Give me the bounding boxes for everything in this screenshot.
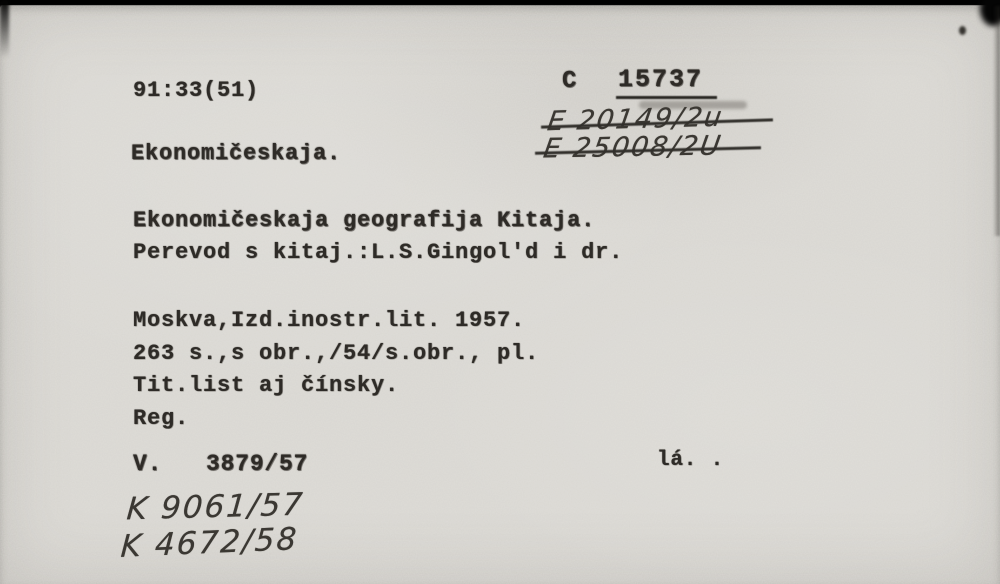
cataloguer-initials: lá. . [657,449,724,472]
catalog-card: 91:33(51) Ekonomičeskaja. C 15737 E 2014… [0,5,1000,584]
call-number-underline [616,96,717,99]
scan-frame: 91:33(51) Ekonomičeskaja. C 15737 E 2014… [0,0,1000,584]
imprint-line: Moskva,Izd.inostr.lit. 1957. [133,308,525,333]
handwritten-accession: K 4672/58 [120,521,300,565]
heading-entry: Ekonomičeskaja. [131,141,341,166]
collation-line: 263 s.,s obr.,/54/s.obr., pl. [133,341,539,366]
responsibility-line: Perevod s kitaj.:L.S.Gingol'd i dr. [133,240,623,265]
call-number-prefix: C [562,68,577,95]
call-number: 15737 [618,65,703,94]
register-note: Reg. [133,406,189,431]
classification-number: 91:33(51) [133,78,259,103]
title-line: Ekonomičeskaja geografija Kitaja. [133,208,595,233]
language-note: Tit.list aj čínsky. [133,373,399,398]
accession-number: V. 3879/57 [133,451,308,477]
